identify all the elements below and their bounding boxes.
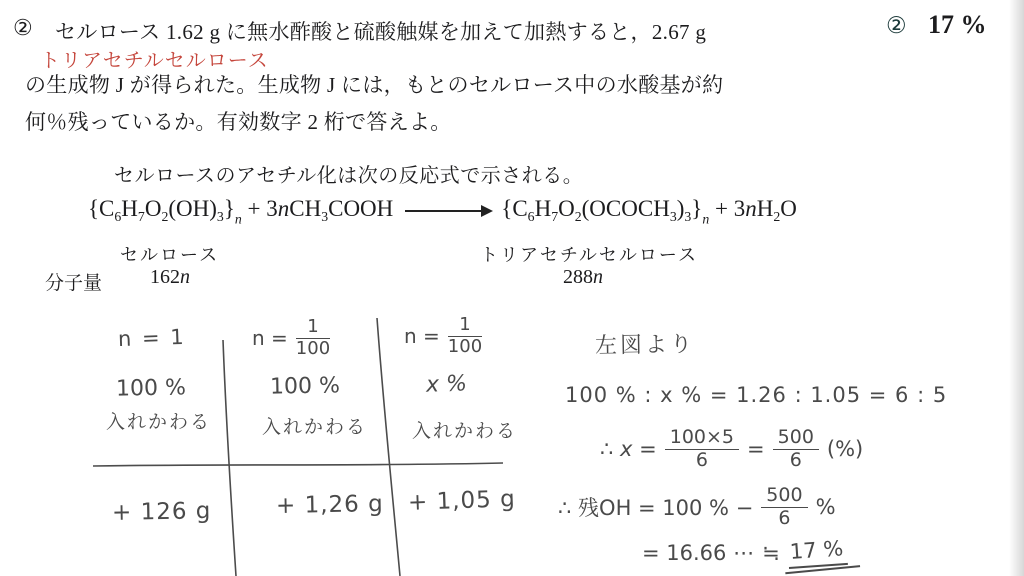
table-col2-note: 入れかわる bbox=[262, 412, 367, 439]
page-edge-shading bbox=[1009, 0, 1024, 576]
calc-x-suffix: (%) bbox=[827, 437, 863, 461]
molecular-weight-label: 分子量 bbox=[45, 268, 102, 295]
calc-oh-fraction: 500 6 bbox=[761, 486, 807, 529]
table-col3-pct: x % bbox=[426, 371, 468, 397]
problem-number: ② bbox=[13, 15, 33, 41]
calc-x-prefix: ∴ x = bbox=[600, 437, 657, 461]
reactant-label-cellulose: セルロース bbox=[120, 241, 219, 267]
problem-line2: の生成物 J が得られた。生成物 J には，もとのセルロース中の水酸基が約 bbox=[25, 69, 723, 99]
mw-cellulose: 162n bbox=[150, 266, 190, 289]
fraction-denominator: 6 bbox=[761, 508, 807, 529]
table-col2-n: n = bbox=[252, 326, 288, 350]
fraction-numerator: 1 bbox=[448, 316, 482, 337]
table-col2-fraction: 1 100 bbox=[296, 318, 330, 359]
calc-result-equals: = 16.66 ⋯ bbox=[642, 541, 754, 565]
mw-triacetyl-value: 288 bbox=[563, 266, 593, 288]
reaction-intro: セルロースのアセチル化は次の反応式で示される。 bbox=[114, 159, 583, 188]
table-col3-note: 入れかわる bbox=[412, 416, 517, 443]
calc-ratio-line: 100 % : x % = 1.26 : 1.05 = 6 : 5 bbox=[565, 383, 947, 407]
table-col2-pct: 100 % bbox=[270, 373, 340, 399]
fraction-numerator: 1 bbox=[296, 318, 330, 339]
fraction-denominator: 6 bbox=[665, 450, 739, 471]
table-col1-pct: 100 % bbox=[116, 375, 186, 401]
mw-var: n bbox=[593, 266, 603, 288]
worksheet-page: ② セルロース 1.62 g に無水酢酸と硫酸触媒を加えて加熱すると，2.67 … bbox=[0, 0, 1024, 576]
calc-title: 左図より bbox=[595, 327, 696, 360]
mw-var: n bbox=[180, 266, 190, 288]
calc-oh-prefix: ∴ 残OH = 100 % − bbox=[558, 492, 753, 522]
fraction-denominator: 100 bbox=[448, 337, 482, 357]
calc-x-equals: = bbox=[747, 437, 765, 461]
calc-x-line: ∴ x = 100×5 6 = 500 6 (%) bbox=[600, 428, 863, 471]
mw-triacetyl: 288n bbox=[563, 266, 603, 289]
table-col1-head: n = 1 bbox=[118, 325, 186, 351]
fraction-numerator: 500 bbox=[773, 428, 819, 450]
calc-x-fraction1: 100×5 6 bbox=[665, 428, 739, 471]
fraction-denominator: 6 bbox=[773, 450, 819, 471]
product-label-triacetylcellulose: トリアセチルセルロース bbox=[480, 241, 698, 267]
calc-oh-line: ∴ 残OH = 100 % − 500 6 % bbox=[558, 486, 836, 529]
table-col2-delta: + 1,26 g bbox=[276, 491, 384, 519]
table-col3-n: n = bbox=[404, 324, 440, 348]
mw-cellulose-value: 162 bbox=[150, 266, 180, 288]
fraction-denominator: 100 bbox=[296, 339, 330, 359]
table-col1-note: 入れかわる bbox=[106, 407, 211, 434]
reaction-arrow-icon bbox=[405, 210, 491, 212]
approx-equal-symbol: ≒ bbox=[762, 541, 780, 565]
problem-line3: 何％残っているか。有効数字 2 桁で答えよ。 bbox=[25, 106, 452, 136]
calc-x-fraction2: 500 6 bbox=[773, 428, 819, 471]
reaction-equation: {C6H7O2(OH)3}n + 3nCH3COOH{C6H7O2(OCOCH3… bbox=[88, 196, 797, 228]
table-col3-fraction: 1 100 bbox=[448, 316, 482, 357]
calc-final-answer: 17 % bbox=[787, 536, 848, 569]
calc-oh-suffix: % bbox=[816, 495, 836, 519]
answer-value: 17 % bbox=[928, 10, 987, 40]
fraction-numerator: 500 bbox=[761, 486, 807, 508]
problem-line1: セルロース 1.62 g に無水酢酸と硫酸触媒を加えて加熱すると，2.67 g bbox=[55, 16, 706, 46]
table-col2-head: n = 1 100 bbox=[252, 318, 330, 359]
answer-number: ② bbox=[886, 13, 907, 39]
table-col1-delta: + 126 g bbox=[112, 498, 212, 526]
table-col3-head: n = 1 100 bbox=[404, 316, 482, 357]
fraction-numerator: 100×5 bbox=[665, 428, 739, 450]
table-col3-delta: + 1,05 g bbox=[408, 486, 517, 516]
calc-result-line: = 16.66 ⋯ ≒ 17 % bbox=[642, 538, 847, 567]
